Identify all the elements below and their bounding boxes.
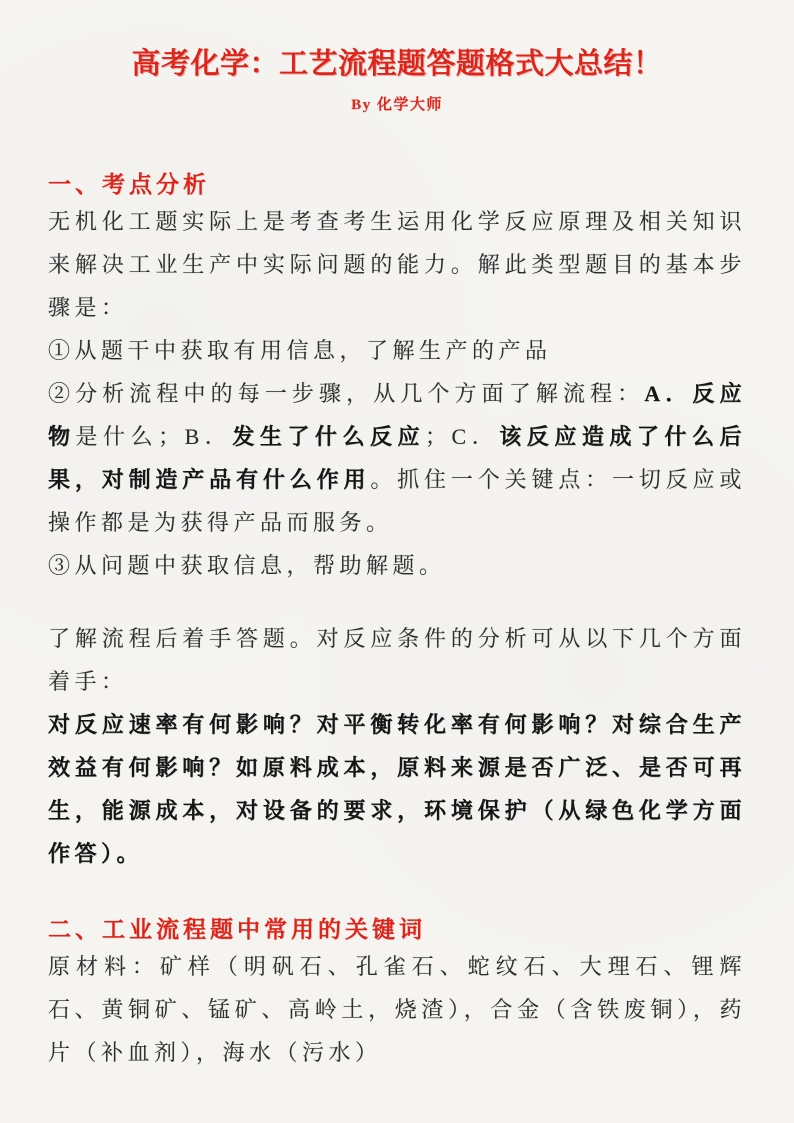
paragraph-analysis-aspects: 对反应速率有何影响？对平衡转化率有何影响？对综合生产效益有何影响？如原料成本，原… [48,703,746,875]
paragraph-intro: 无机化工题实际上是考查考生运用化学反应原理及相关知识来解决工业生产中实际问题的能… [48,200,746,329]
section-heading-exam-points: 一、考点分析 [48,170,746,200]
paragraph-answer-approach: 了解流程后着手答题。对反应条件的分析可从以下几个方面着手： [48,617,746,703]
paragraph-spacer [48,587,746,617]
paragraph-raw-materials: 原材料：矿样（明矾石、孔雀石、蛇纹石、大理石、锂辉石、黄铜矿、锰矿、高岭土，烧渣… [48,945,746,1074]
text-run-bold: 发生了什么反应 [232,424,425,449]
paragraph-step-2: ②分析流程中的每一步骤，从几个方面了解流程：A．反应物是什么；B．发生了什么反应… [48,372,746,544]
text-run: ③从问题中获取信息，帮助解题。 [48,553,446,578]
paragraph-step-1: ①从题干中获取有用信息，了解生产的产品 [48,329,746,372]
paragraph-step-3: ③从问题中获取信息，帮助解题。 [48,544,746,587]
byline: By 化学大师 [48,94,746,116]
text-run: 原材料：矿样（明矾石、孔雀石、蛇纹石、大理石、锂辉石、黄铜矿、锰矿、高岭土，烧渣… [48,954,746,1065]
text-run: ①从题干中获取有用信息，了解生产的产品 [48,338,552,363]
document-page: 高考化学：工艺流程题答题格式大总结！ By 化学大师 一、考点分析 无机化工题实… [0,0,794,1123]
text-run: 了解流程后着手答题。对反应条件的分析可从以下几个方面着手： [48,626,746,694]
text-run: ②分析流程中的每一步骤，从几个方面了解流程： [48,381,644,406]
section-heading-keywords: 二、工业流程题中常用的关键词 [48,915,746,945]
page-title: 高考化学：工艺流程题答题格式大总结！ [48,0,746,84]
text-run: 无机化工题实际上是考查考生运用化学反应原理及相关知识来解决工业生产中实际问题的能… [48,209,746,320]
text-run: ；C． [425,424,499,449]
text-run-bold: 对反应速率有何影响？对平衡转化率有何影响？对综合生产效益有何影响？如原料成本，原… [48,712,746,866]
text-run: 是什么；B． [76,424,233,449]
